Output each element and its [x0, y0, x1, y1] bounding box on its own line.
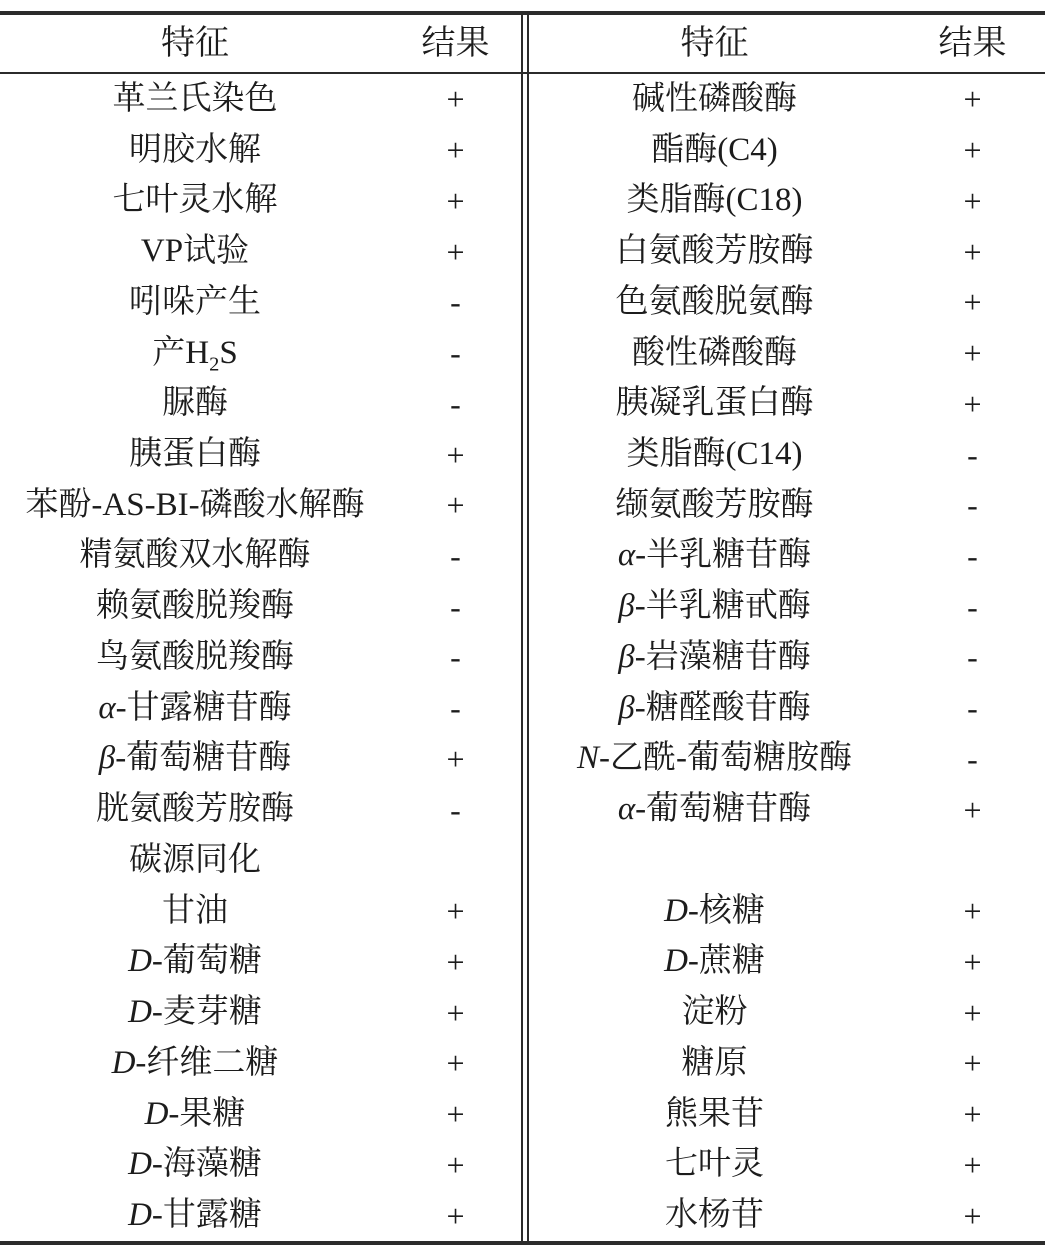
result-cell-left: + [390, 895, 521, 927]
feature-cell-left: D-海藻糖 [0, 1148, 390, 1181]
table-row: 产H2S-酸性磷酸酶+ [0, 328, 1045, 379]
feature-cell-right: 熊果苷 [529, 1098, 900, 1131]
result-cell-left: + [390, 1047, 521, 1079]
result-cell-right: + [900, 286, 1045, 318]
table-row: D-海藻糖+七叶灵+ [0, 1139, 1045, 1190]
result-cell-left: + [390, 236, 521, 268]
feature-cell-right: 胰凝乳蛋白酶 [529, 387, 900, 420]
feature-cell-right: 类脂酶(C18) [529, 184, 900, 217]
header-result-left: 结果 [390, 27, 521, 61]
table-row: D-甘露糖+水杨苷+ [0, 1190, 1045, 1241]
feature-cell-right: β-岩藻糖苷酶 [529, 641, 900, 674]
feature-cell-right: 水杨苷 [529, 1199, 900, 1232]
result-cell-left: + [390, 997, 521, 1029]
feature-cell-right: 类脂酶(C14) [529, 438, 900, 471]
table-row: 吲哚产生-色氨酸脱氨酶+ [0, 277, 1045, 328]
feature-cell-right: D-蔗糖 [529, 945, 900, 978]
table-header-row: 特征 结果 特征 结果 [0, 15, 1045, 74]
result-cell-right: - [900, 641, 1045, 673]
feature-cell-left: 革兰氏染色 [0, 83, 390, 116]
table-row: 鸟氨酸脱羧酶-β-岩藻糖苷酶- [0, 632, 1045, 683]
table-row: 碳源同化 [0, 835, 1045, 886]
result-cell-left: + [390, 439, 521, 471]
result-cell-right: + [900, 185, 1045, 217]
result-cell-right: + [900, 794, 1045, 826]
feature-cell-left: 赖氨酸脱羧酶 [0, 590, 390, 623]
result-cell-right: + [900, 1200, 1045, 1232]
result-cell-left: - [390, 337, 521, 369]
result-cell-right: - [900, 591, 1045, 623]
feature-cell-left: D-果糖 [0, 1098, 390, 1131]
feature-cell-right: 碱性磷酸酶 [529, 83, 900, 116]
result-cell-left: + [390, 185, 521, 217]
feature-cell-left: 胱氨酸芳胺酶 [0, 793, 390, 826]
feature-cell-right: 色氨酸脱氨酶 [529, 286, 900, 319]
feature-cell-right: N-乙酰-葡萄糖胺酶 [529, 742, 900, 775]
feature-cell-left: 鸟氨酸脱羧酶 [0, 641, 390, 674]
feature-cell-right: 七叶灵 [529, 1148, 900, 1181]
table-body: 革兰氏染色+碱性磷酸酶+明胶水解+酯酶(C4)+七叶灵水解+类脂酶(C18)+V… [0, 74, 1045, 1241]
table-row: 明胶水解+酯酶(C4)+ [0, 125, 1045, 176]
table-row: 苯酚-AS-BI-磷酸水解酶+缬氨酸芳胺酶- [0, 480, 1045, 531]
table-row: D-纤维二糖+糖原+ [0, 1038, 1045, 1089]
feature-cell-left: 苯酚-AS-BI-磷酸水解酶 [0, 489, 390, 522]
header-result-right: 结果 [900, 27, 1045, 61]
result-cell-right: + [900, 337, 1045, 369]
table-row: 脲酶-胰凝乳蛋白酶+ [0, 378, 1045, 429]
result-cell-right: + [900, 388, 1045, 420]
result-cell-left: + [390, 1149, 521, 1181]
result-cell-right: + [900, 1098, 1045, 1130]
feature-cell-left: α-甘露糖苷酶 [0, 692, 390, 725]
table-row: 精氨酸双水解酶-α-半乳糖苷酶- [0, 531, 1045, 582]
feature-cell-left: 七叶灵水解 [0, 184, 390, 217]
table-row: α-甘露糖苷酶-β-糖醛酸苷酶- [0, 683, 1045, 734]
result-cell-right: + [900, 1047, 1045, 1079]
feature-cell-right: 淀粉 [529, 996, 900, 1029]
feature-cell-right: α-半乳糖苷酶 [529, 539, 900, 572]
table-row: D-葡萄糖+D-蔗糖+ [0, 936, 1045, 987]
result-cell-left: + [390, 946, 521, 978]
table-row: D-麦芽糖+淀粉+ [0, 987, 1045, 1038]
result-cell-left: - [390, 591, 521, 623]
result-cell-right: + [900, 997, 1045, 1029]
feature-cell-left: 明胶水解 [0, 134, 390, 167]
table-row: D-果糖+熊果苷+ [0, 1089, 1045, 1140]
table-row: β-葡萄糖苷酶+N-乙酰-葡萄糖胺酶- [0, 734, 1045, 785]
result-cell-right: - [900, 540, 1045, 572]
result-cell-left: - [390, 540, 521, 572]
result-cell-left: - [390, 286, 521, 318]
feature-cell-right: α-葡萄糖苷酶 [529, 793, 900, 826]
result-cell-right: - [900, 692, 1045, 724]
feature-cell-right: 酯酶(C4) [529, 134, 900, 167]
feature-cell-right: 白氨酸芳胺酶 [529, 235, 900, 268]
feature-cell-right: 糖原 [529, 1047, 900, 1080]
result-cell-right: + [900, 895, 1045, 927]
feature-cell-left: 甘油 [0, 895, 390, 928]
feature-cell-left: 精氨酸双水解酶 [0, 539, 390, 572]
feature-cell-left: 产H2S [0, 337, 390, 370]
feature-cell-right: β-半乳糖甙酶 [529, 590, 900, 623]
table-row: 革兰氏染色+碱性磷酸酶+ [0, 74, 1045, 125]
result-cell-right: - [900, 489, 1045, 521]
feature-cell-left: 胰蛋白酶 [0, 438, 390, 471]
table-row: 赖氨酸脱羧酶-β-半乳糖甙酶- [0, 581, 1045, 632]
feature-cell-right: β-糖醛酸苷酶 [529, 692, 900, 725]
result-cell-left: - [390, 641, 521, 673]
feature-cell-left: VP试验 [0, 235, 390, 268]
table-row: 甘油+D-核糖+ [0, 886, 1045, 937]
result-cell-left: + [390, 743, 521, 775]
feature-cell-left: D-纤维二糖 [0, 1047, 390, 1080]
header-feature-right: 特征 [529, 27, 900, 61]
feature-cell-left: D-甘露糖 [0, 1199, 390, 1232]
feature-cell-left: 脲酶 [0, 387, 390, 420]
feature-cell-left: β-葡萄糖苷酶 [0, 742, 390, 775]
feature-cell-left: D-麦芽糖 [0, 996, 390, 1029]
result-cell-left: + [390, 1200, 521, 1232]
result-cell-left: - [390, 794, 521, 826]
result-cell-right: + [900, 1149, 1045, 1181]
feature-cell-right: 缬氨酸芳胺酶 [529, 489, 900, 522]
result-cell-right: + [900, 134, 1045, 166]
feature-cell-left: 碳源同化 [0, 844, 390, 877]
header-feature-left: 特征 [0, 27, 390, 61]
table-row: VP试验+白氨酸芳胺酶+ [0, 226, 1045, 277]
result-cell-left: - [390, 388, 521, 420]
result-cell-left: + [390, 134, 521, 166]
feature-cell-left: 吲哚产生 [0, 286, 390, 319]
characteristics-table: 特征 结果 特征 结果 革兰氏染色+碱性磷酸酶+明胶水解+酯酶(C4)+七叶灵水… [0, 11, 1045, 1245]
result-cell-right: - [900, 743, 1045, 775]
result-cell-left: + [390, 1098, 521, 1130]
feature-cell-right: D-核糖 [529, 895, 900, 928]
table-row: 胱氨酸芳胺酶-α-葡萄糖苷酶+ [0, 784, 1045, 835]
result-cell-left: + [390, 83, 521, 115]
result-cell-left: - [390, 692, 521, 724]
table-row: 七叶灵水解+类脂酶(C18)+ [0, 175, 1045, 226]
feature-cell-right: 酸性磷酸酶 [529, 337, 900, 370]
table-row: 胰蛋白酶+类脂酶(C14)- [0, 429, 1045, 480]
result-cell-right: - [900, 439, 1045, 471]
result-cell-right: + [900, 946, 1045, 978]
feature-cell-left: D-葡萄糖 [0, 945, 390, 978]
result-cell-right: + [900, 83, 1045, 115]
result-cell-left: + [390, 489, 521, 521]
result-cell-right: + [900, 236, 1045, 268]
